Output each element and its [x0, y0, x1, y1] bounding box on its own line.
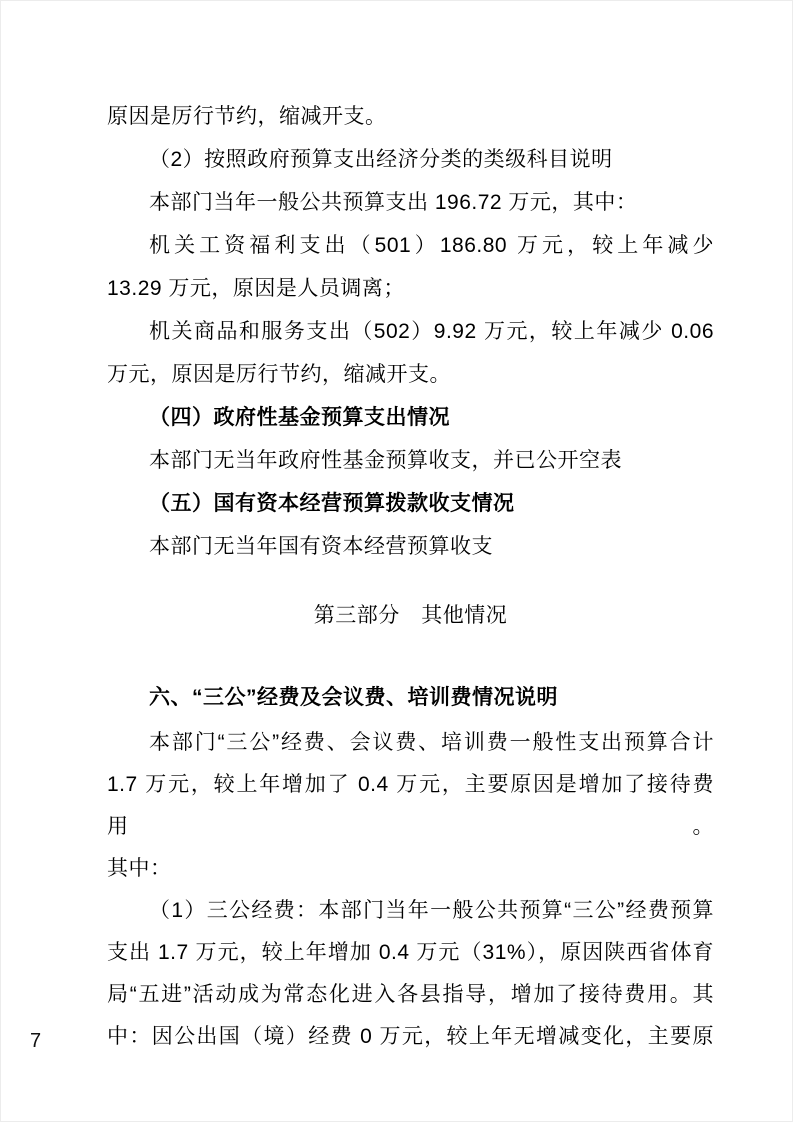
para-item-1-three-public-line1: （1）三公经费：本部门当年一般公共预算“三公”经费预算 [107, 890, 714, 932]
para-three-public-total-line2: 1.7 万元，较上年增加了 0.4 万元，主要原因是增加了接待费用。 [107, 764, 714, 848]
para-among-which: 其中： [107, 848, 714, 890]
para-item-2-economic-classification: （2）按照政府预算支出经济分类的类级科目说明 [107, 138, 714, 181]
document-page: 原因是厉行节约，缩减开支。 （2）按照政府预算支出经济分类的类级科目说明 本部门… [0, 0, 793, 1122]
heading-section-6-three-public-expenses: 六、“三公”经费及会议费、培训费情况说明 [107, 676, 714, 719]
para-item-1-three-public-line2: 支出 1.7 万元，较上年增加 0.4 万元（31%），原因陕西省体育 [107, 932, 714, 974]
para-general-public-budget-total: 本部门当年一般公共预算支出 196.72 万元，其中： [107, 181, 714, 224]
para-three-public-total-line1: 本部门“三公”经费、会议费、培训费一般性支出预算合计 [107, 722, 714, 764]
para-savings-reason-tail: 原因是厉行节约，缩减开支。 [107, 95, 714, 138]
para-no-state-capital-budget: 本部门无当年国有资本经营预算收支 [107, 525, 714, 568]
para-salary-welfare-501-line1: 机关工资福利支出（501）186.80 万元，较上年减少 [107, 224, 714, 267]
para-item-1-three-public-line3: 局“五进”活动成为常态化进入各县指导，增加了接待费用。其 [107, 974, 714, 1016]
heading-section-4-gov-fund-budget: （四）政府性基金预算支出情况 [107, 396, 714, 439]
para-no-gov-fund-budget: 本部门无当年政府性基金预算收支，并已公开空表 [107, 439, 714, 482]
heading-part-3-other-info: 第三部分 其他情况 [107, 594, 714, 637]
para-salary-welfare-501-line2: 13.29 万元，原因是人员调离； [107, 267, 714, 310]
para-item-1-three-public-line4: 中：因公出国（境）经费 0 万元，较上年无增减变化，主要原 [107, 1016, 714, 1058]
heading-section-5-state-capital-budget: （五）国有资本经营预算拨款收支情况 [107, 482, 714, 525]
three-public-expenses-paragraphs: 本部门“三公”经费、会议费、培训费一般性支出预算合计 1.7 万元，较上年增加了… [107, 722, 714, 1058]
para-goods-services-502-line1: 机关商品和服务支出（502）9.92 万元，较上年减少 0.06 [107, 310, 714, 353]
page-number: 7 [30, 1027, 41, 1055]
para-goods-services-502-line2: 万元，原因是厉行节约，缩减开支。 [107, 353, 714, 396]
document-body: 原因是厉行节约，缩减开支。 （2）按照政府预算支出经济分类的类级科目说明 本部门… [107, 95, 714, 1058]
